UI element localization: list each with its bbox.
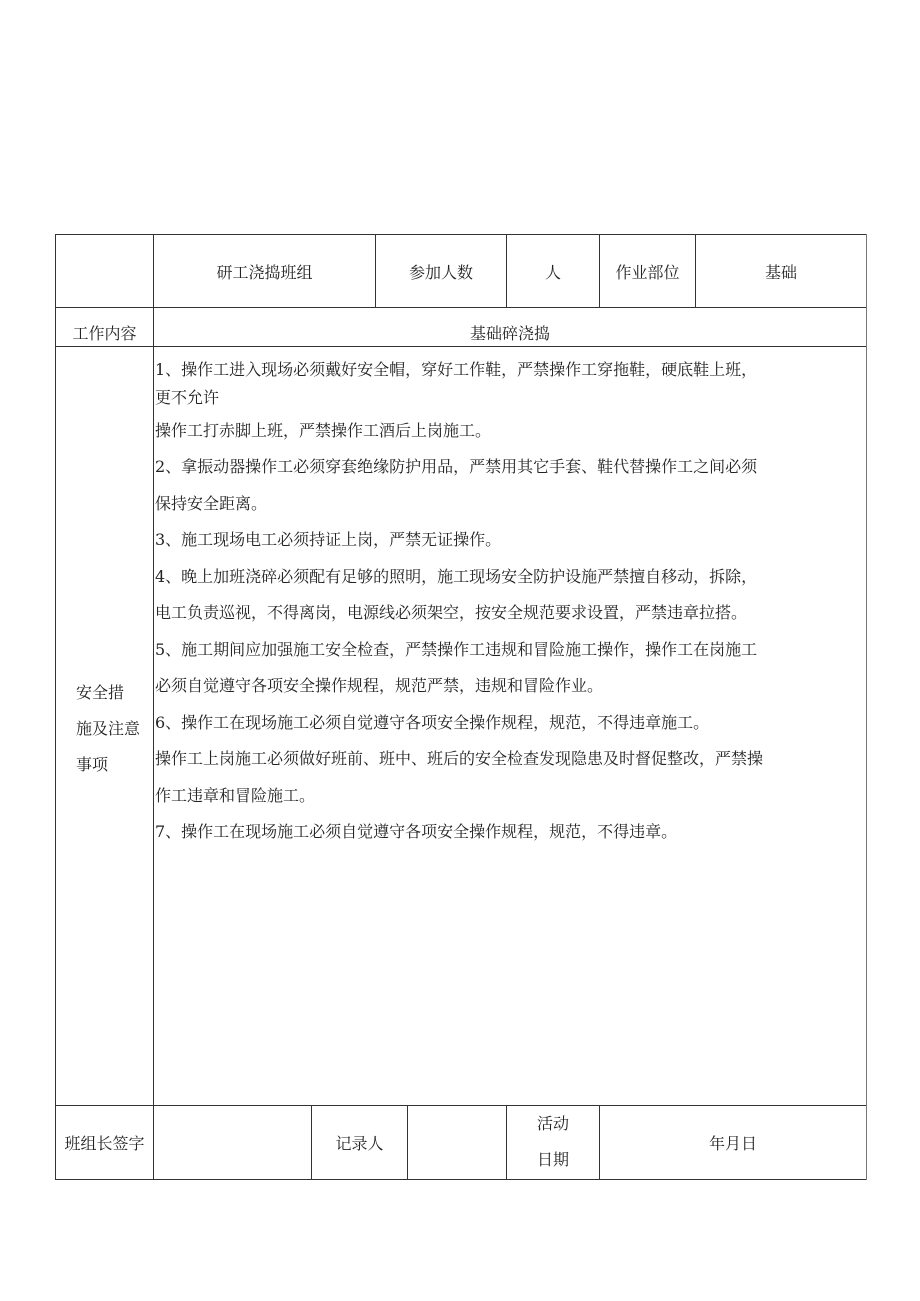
work-content-value: 基础碎浇捣 xyxy=(154,322,866,346)
safety-label-line: 事项 xyxy=(76,747,156,783)
safety-line: 3、施工现场电工必须持证上岗，严禁无证操作。 xyxy=(155,522,863,559)
safety-line: 必须自觉遵守各项安全操作规程，规范严禁，违规和冒险作业。 xyxy=(155,668,863,705)
safety-line: 4、晚上加班浇碎必须配有足够的照明，施工现场安全防护设施严禁擅自移动，拆除， xyxy=(155,559,863,596)
participants-value: 人 xyxy=(507,235,599,307)
recorder-field[interactable] xyxy=(408,1106,506,1179)
safety-line: 1、操作工进入现场必须戴好安全帽，穿好工作鞋，严禁操作工穿拖鞋，硬底鞋上班， xyxy=(155,352,863,389)
row-divider-1 xyxy=(55,307,867,308)
safety-line: 2、拿振动器操作工必须穿套绝缘防护用品，严禁用其它手套、鞋代替操作工之间必须 xyxy=(155,449,863,486)
work-location-label: 作业部位 xyxy=(600,235,695,307)
work-content-label: 工作内容 xyxy=(56,322,153,346)
safety-line: 操作工打赤脚上班，严禁操作工酒后上岗施工。 xyxy=(155,413,863,450)
row-divider-2 xyxy=(55,346,867,347)
safety-line: 作工违章和冒险施工。 xyxy=(155,778,863,815)
participants-label: 参加人数 xyxy=(376,235,506,307)
team-name: 研工浇捣班组 xyxy=(154,235,375,307)
safety-line: 6、操作工在现场施工必须自觉遵守各项安全操作规程，规范，不得违章施工。 xyxy=(155,705,863,742)
activity-date-label: 活动 日期 xyxy=(507,1106,599,1179)
activity-date-label-line: 日期 xyxy=(507,1142,599,1178)
work-location-value: 基础 xyxy=(696,235,866,307)
safety-measures-content: 1、操作工进入现场必须戴好安全帽，穿好工作鞋，严禁操作工穿拖鞋，硬底鞋上班， 更… xyxy=(155,352,863,851)
safety-label-line: 安全措 xyxy=(76,675,156,711)
safety-line: 电工负责巡视，不得离岗，电源线必须架空，按安全规范要求设置，严禁违章拉搭。 xyxy=(155,595,863,632)
table-border-left xyxy=(55,234,56,1180)
table-border-bottom xyxy=(55,1179,867,1180)
leader-signature-field[interactable] xyxy=(154,1106,311,1179)
safety-line: 操作工上岗施工必须做好班前、班中、班后的安全检查发现隐患及时督促整改，严禁操 xyxy=(155,741,863,778)
recorder-label: 记录人 xyxy=(312,1106,407,1179)
table-border-right xyxy=(866,234,867,1180)
header-blank-cell xyxy=(56,235,153,307)
safety-label-line: 施及注意 xyxy=(76,711,156,747)
leader-signature-label: 班组长签字 xyxy=(56,1106,153,1179)
safety-line: 保持安全距离。 xyxy=(155,486,863,523)
safety-measures-label: 安全措 施及注意 事项 xyxy=(76,675,156,783)
activity-date-label-line: 活动 xyxy=(507,1106,599,1142)
safety-line: 7、操作工在现场施工必须自觉遵守各项安全操作规程，规范，不得违章。 xyxy=(155,814,863,851)
activity-date-value[interactable]: 年月日 xyxy=(600,1106,866,1179)
safety-line: 5、施工期间应加强施工安全检查，严禁操作工违规和冒险施工操作，操作工在岗施工 xyxy=(155,632,863,669)
